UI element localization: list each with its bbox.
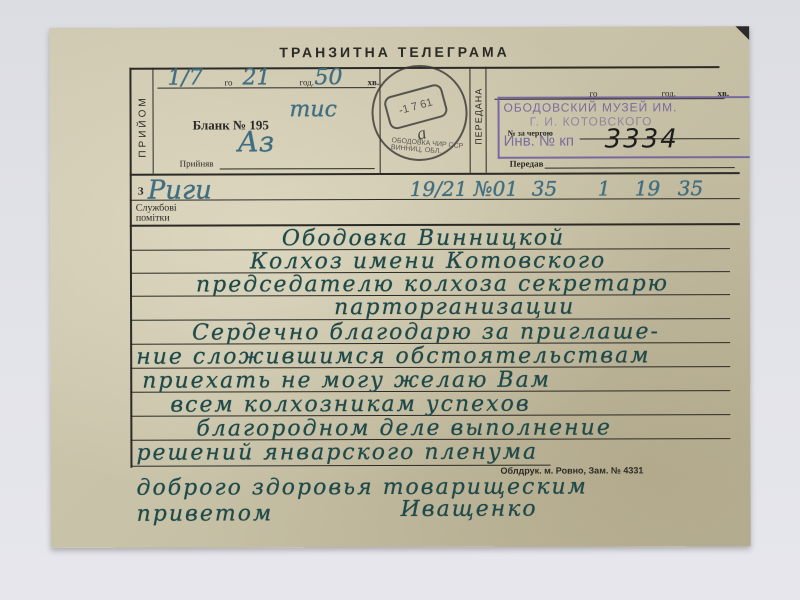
field-line [545, 167, 735, 168]
received-minutes: 50 [314, 65, 342, 90]
service-notes-label: Службові помітки [136, 204, 186, 224]
from-city: Риги [148, 175, 212, 205]
message-line: приветом [137, 501, 274, 526]
transmitted-by-label: Передав [510, 159, 544, 169]
telegram-number: 19/21 №01 [410, 177, 518, 201]
received-hour: 21 [242, 65, 270, 90]
row-line [130, 172, 740, 176]
date-label: го [224, 77, 232, 87]
corner-mark [735, 26, 749, 40]
field-line [220, 168, 375, 169]
museum-name: ОБОДОВСКИЙ МУЗЕЙ ИМ. [504, 100, 678, 114]
message-line: всем колхозникам успехов [170, 392, 530, 418]
received-by-label: Прийняв [180, 158, 214, 168]
hour-label: год. [299, 77, 314, 87]
word-count: 35 [532, 177, 558, 201]
sent-hour: 19 [635, 176, 661, 200]
transmitted-section-label: ПЕРЕДАНА [473, 88, 483, 145]
postmark-stamp: -1 7 61 а ОБОДОВКА ЧИР ССР ВИННИЦ. ОБЛ. [361, 54, 479, 172]
message-line: ние сложившимся обстоятельствам [136, 343, 650, 369]
message-line: председателю колхоза секретарю [196, 271, 669, 297]
operator-note: тис [290, 97, 337, 122]
from-label: З [138, 186, 144, 198]
message-line: благородном деле выполнение [196, 415, 612, 441]
sent-date: 1 [598, 176, 611, 200]
min-label: хв. [367, 77, 379, 87]
message-line: парторганизации [334, 295, 575, 321]
signature: Иващенко [401, 497, 538, 522]
operator-initials: Аз [238, 125, 275, 158]
document-title: ТРАНЗИТНА ТЕЛЕГРАМА [279, 44, 509, 61]
postmark-ring-text: ОБОДОВКА ЧИР ССР ВИННИЦ. ОБЛ. [391, 137, 476, 158]
frame-left [129, 68, 132, 468]
printer-imprint: Облдрук. м. Ровно, Зам. № 4331 [500, 465, 643, 475]
message-line: приехать не могу желаю Вам [142, 368, 551, 394]
message-line: Сердечно благодарю за приглаше- [192, 319, 660, 345]
telegram-document: ТРАНЗИТНА ТЕЛЕГРАМА ПРИЙОМ го год. хв. 1… [49, 26, 750, 548]
divider [152, 68, 153, 174]
sent-minutes: 35 [678, 176, 704, 200]
divider [485, 67, 486, 173]
received-section-label: ПРИЙОМ [137, 95, 148, 157]
inventory-number: 3334 [605, 124, 679, 154]
inventory-prefix: Инв. № кп [504, 133, 574, 150]
message-line: Ободовка Винницкой [282, 226, 565, 252]
message-line: Колхоз имени Котовского [250, 248, 606, 274]
received-date: 1/7 [167, 66, 202, 91]
message-line: решений январского пленума [136, 440, 538, 466]
